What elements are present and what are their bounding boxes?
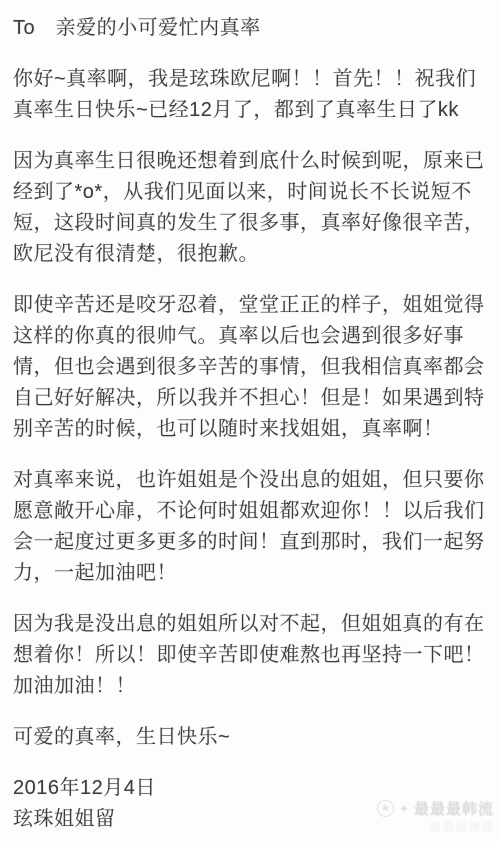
letter-salutation: To 亲爱的小可爱忙内真率 [13, 13, 486, 44]
watermark-text: 最最最韩流 [414, 798, 494, 819]
letter-body: To 亲爱的小可爱忙内真率 你好~真率啊，我是玹珠欧尼啊！！首先！！祝我们真率生… [0, 0, 500, 835]
watermark: ❀ ✦ 最最最韩流 最最最韩流 [377, 798, 494, 835]
letter-closing: 可爱的真率，生日快乐~ [13, 722, 486, 753]
letter-paragraph-1: 你好~真率啊，我是玹珠欧尼啊！！首先！！祝我们真率生日快乐~已经12月了，都到了… [13, 64, 486, 126]
watermark-sparkle-icon: ✦ [399, 802, 409, 816]
letter-paragraph-5: 因为我是没出息的姐姐所以对不起，但姐姐真的有在想着你！所以！即使辛苦即使难熬也再… [13, 609, 486, 702]
letter-paragraph-2: 因为真率生日很晚还想着到底什么时候到呢，原来已经到了*o*，从我们见面以来，时间… [13, 146, 486, 270]
letter-paragraph-3: 即使辛苦还是咬牙忍着，堂堂正正的样子，姐姐觉得这样的你真的很帅气。真率以后也会遇… [13, 290, 486, 445]
watermark-logo-icon: ❀ [377, 800, 394, 817]
letter-paragraph-4: 对真率来说，也许姐姐是个没出息的姐姐，但只要你愿意敞开心扉，不论何时姐姐都欢迎你… [13, 465, 486, 589]
watermark-row: ❀ ✦ 最最最韩流 [377, 798, 494, 819]
watermark-echo-text: 最最最韩流 [377, 818, 494, 835]
